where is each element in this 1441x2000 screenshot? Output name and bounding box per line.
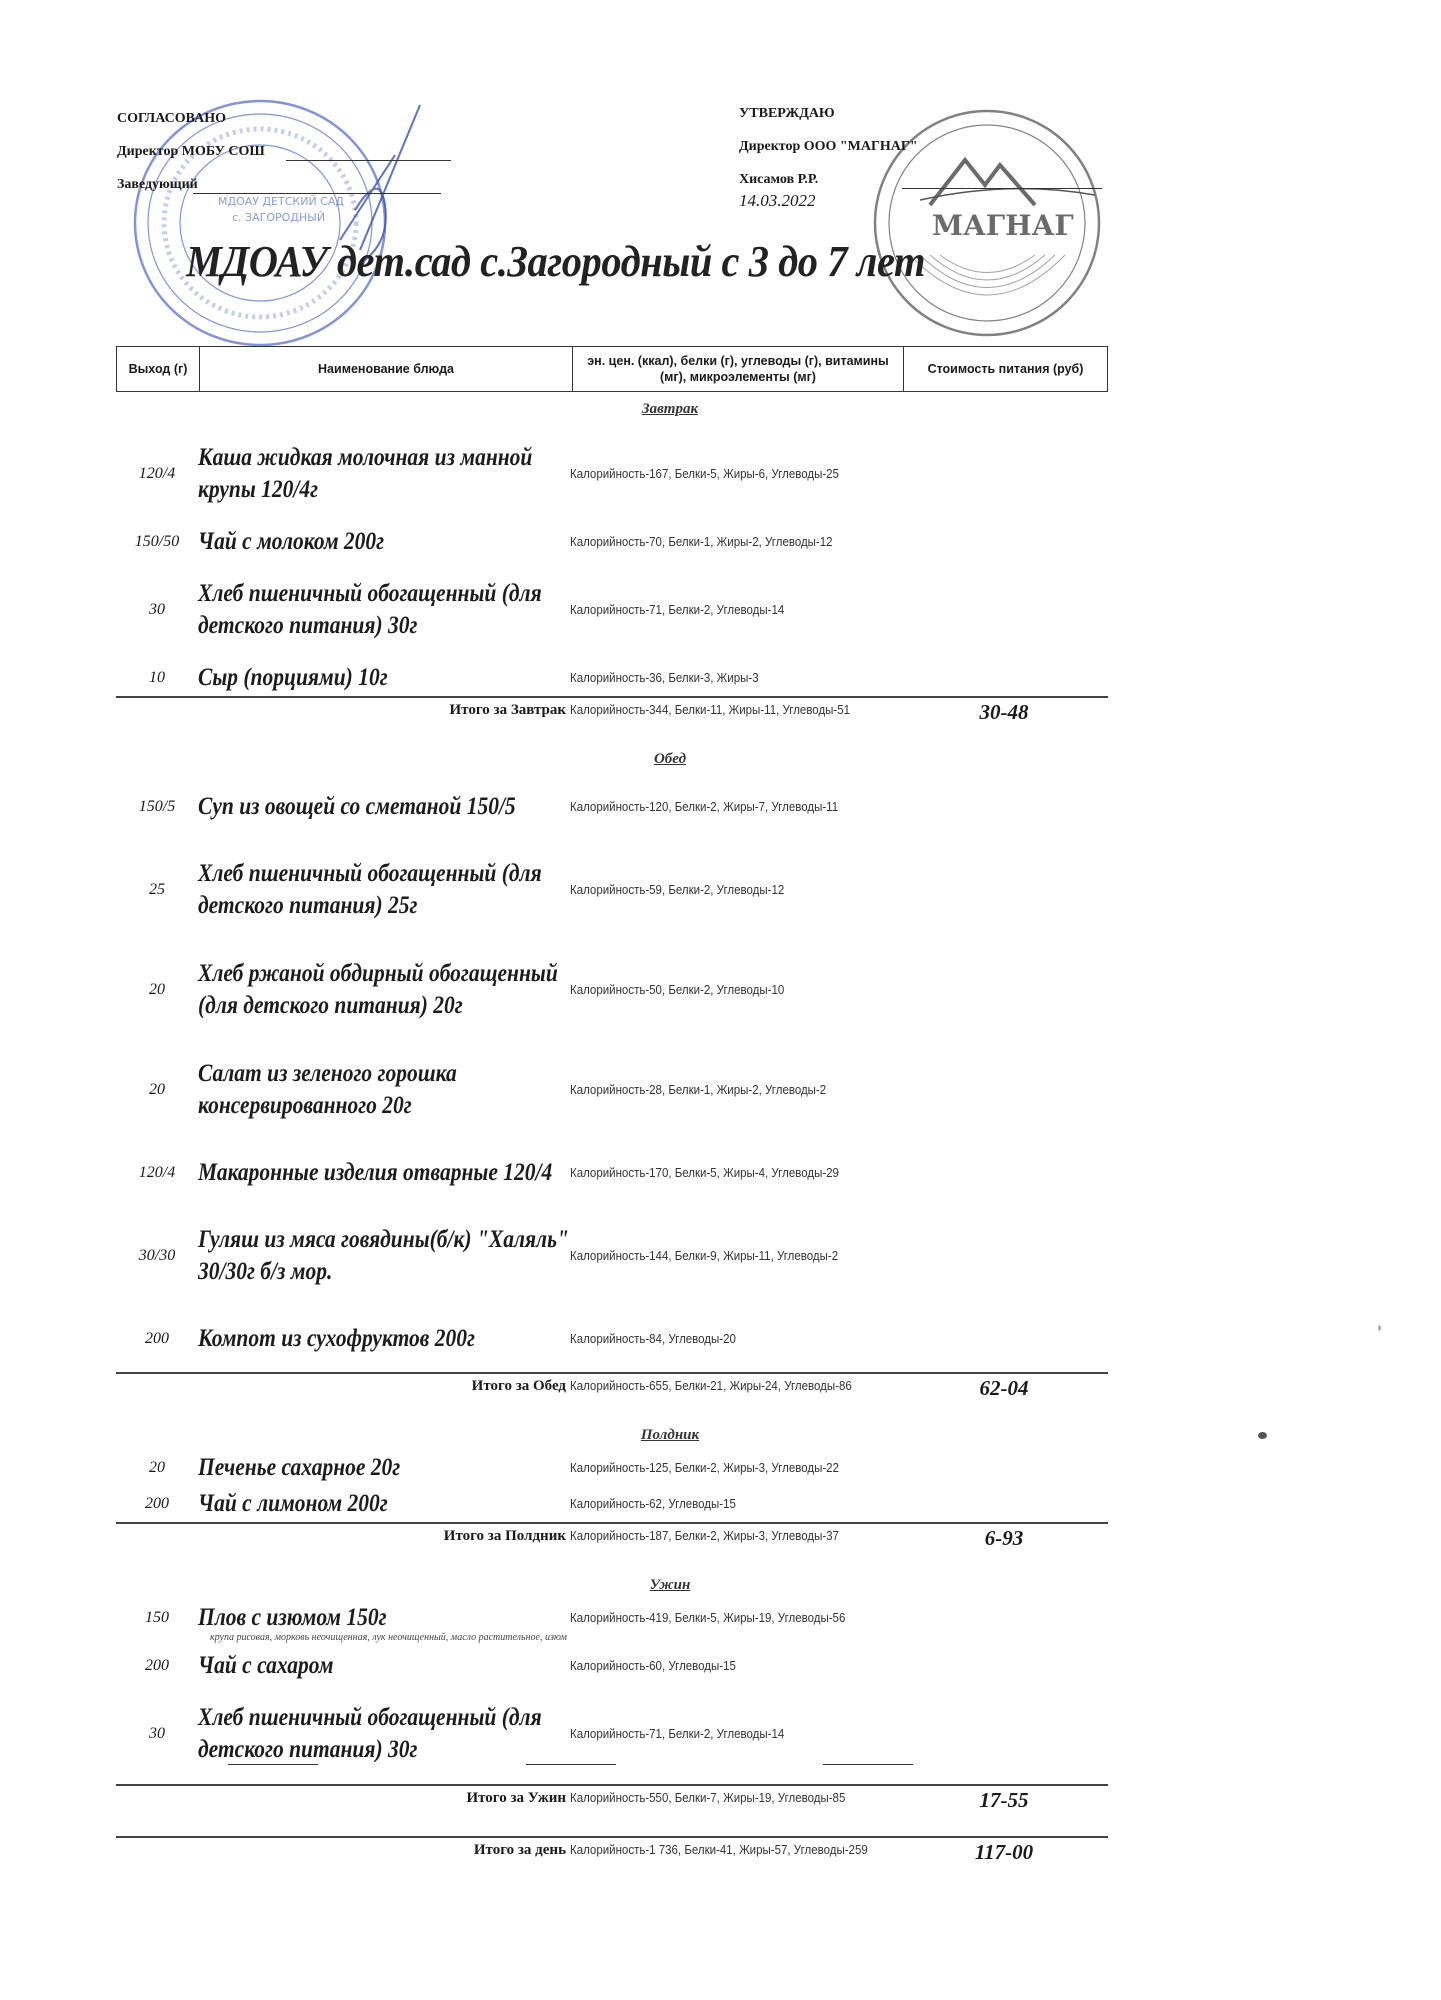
scan-speck (1258, 1432, 1267, 1439)
dish-name: Чай с сахаром (198, 1650, 570, 1682)
dish-yield: 150/5 (116, 798, 198, 816)
column-header: Наименование блюда (200, 347, 573, 391)
table-row: 200Компот из сухофруктов 200гКалорийност… (116, 1306, 1108, 1372)
meal-section-title: Ужин (116, 1574, 1108, 1596)
table-row: 30Хлеб пшеничный обогащенный (для детско… (116, 560, 1108, 660)
menu-table-body: Завтрак120/4Каша жидкая молочная из манн… (116, 394, 1108, 1864)
signature-line (228, 1764, 318, 1765)
dish-nutrition: Калорийность-125, Белки-2, Жиры-3, Углев… (570, 1458, 874, 1478)
day-total-nutrition: Калорийность-1 736, Белки-41, Жиры-57, У… (570, 1840, 874, 1860)
dish-nutrition: Калорийность-59, Белки-2, Углеводы-12 (570, 880, 874, 900)
dish-nutrition: Калорийность-419, Белки-5, Жиры-19, Угле… (570, 1608, 874, 1628)
head-label: Заведующий (117, 177, 198, 192)
approval-block-right: УТВЕРЖДАЮ Директор ООО "МАГНАГ" Хисамов … (739, 105, 1099, 225)
dish-yield: 10 (116, 669, 198, 687)
table-row: 10Сыр (порциями) 10гКалорийность-36, Бел… (116, 660, 1108, 696)
total-nutrition: Калорийность-344, Белки-11, Жиры-11, Угл… (570, 700, 874, 720)
table-row: 30/30Гуляш из мяса говядины(б/к) "Халяль… (116, 1206, 1108, 1306)
approval-date: 14.03.2022 (739, 192, 1099, 210)
meal-section-title: Завтрак (116, 398, 1108, 420)
dish-name: Хлеб пшеничный обогащенный (для детского… (198, 578, 570, 642)
table-row: 150/50Чай с молоком 200гКалорийность-70,… (116, 524, 1108, 560)
meal-total-row: Итого за ПолдникКалорийность-187, Белки-… (116, 1522, 1108, 1570)
dish-name: Хлеб пшеничный обогащенный (для детского… (198, 1702, 570, 1766)
dish-nutrition: Калорийность-120, Белки-2, Жиры-7, Углев… (570, 797, 874, 817)
dish-name: Печенье сахарное 20г (198, 1452, 570, 1484)
dish-nutrition: Калорийность-144, Белки-9, Жиры-11, Угле… (570, 1246, 874, 1266)
dish-nutrition: Калорийность-28, Белки-1, Жиры-2, Углево… (570, 1080, 874, 1100)
dish-nutrition: Калорийность-71, Белки-2, Углеводы-14 (570, 600, 874, 620)
dish-name: Сыр (порциями) 10г (198, 662, 570, 694)
document-title: МДОАУ дет.сад с.Загородный с 3 до 7 лет (186, 236, 925, 287)
dish-name: Чай с молоком 200г (198, 526, 570, 558)
dish-yield: 200 (116, 1330, 198, 1348)
day-total-cost: 117-00 (900, 1840, 1108, 1864)
meal-section-title: Обед (116, 748, 1108, 770)
dish-name: Плов с изюмом 150г (198, 1602, 570, 1634)
dish-nutrition: Калорийность-50, Белки-2, Углеводы-10 (570, 980, 874, 1000)
dish-yield: 150/50 (116, 533, 198, 551)
total-nutrition: Калорийность-550, Белки-7, Жиры-19, Угле… (570, 1788, 874, 1808)
table-row: 120/4Макаронные изделия отварные 120/4Ка… (116, 1140, 1108, 1206)
total-cost: 17-55 (900, 1788, 1108, 1812)
meal-total-row: Итого за ОбедКалорийность-655, Белки-21,… (116, 1372, 1108, 1420)
table-row: 20Салат из зеленого горошка консервирова… (116, 1040, 1108, 1140)
scan-speck (1378, 1325, 1381, 1331)
dish-name: Хлеб пшеничный обогащенный (для детского… (198, 858, 570, 922)
signature-line (823, 1764, 913, 1765)
dish-nutrition: Калорийность-84, Углеводы-20 (570, 1329, 874, 1349)
signature-line (286, 160, 451, 161)
dish-nutrition: Калорийность-60, Углеводы-15 (570, 1656, 874, 1676)
approved-label: СОГЛАСОВАНО (117, 110, 497, 128)
signature-line (193, 193, 441, 194)
director-name: Хисамов Р.Р. (739, 172, 818, 187)
approve-label: УТВЕРЖДАЮ (739, 105, 1099, 123)
signature-line (902, 188, 1102, 189)
dish-nutrition: Калорийность-70, Белки-1, Жиры-2, Углево… (570, 532, 874, 552)
dish-yield: 120/4 (116, 465, 198, 483)
dish-yield: 200 (116, 1495, 198, 1513)
column-header: Стоимость питания (руб) (904, 347, 1107, 391)
total-label: Итого за Полдник (116, 1526, 570, 1546)
approval-block-left: СОГЛАСОВАНО Директор МОБУ СОШ Заведующий (117, 110, 497, 209)
dish-name: Хлеб ржаной обдирный обогащенный (для де… (198, 958, 570, 1022)
total-label: Итого за Завтрак (116, 700, 570, 720)
dish-ingredients: крупа рисовая, морковь неочищенная, лук … (116, 1632, 1108, 1648)
dish-name: Чай с лимоном 200г (198, 1488, 570, 1520)
table-row: 20Печенье сахарное 20гКалорийность-125, … (116, 1450, 1108, 1486)
dish-name: Каша жидкая молочная из манной крупы 120… (198, 442, 570, 506)
total-cost: 30-48 (900, 700, 1108, 724)
dish-name: Гуляш из мяса говядины(б/к) "Халяль" 30/… (198, 1224, 570, 1288)
table-row: 25Хлеб пшеничный обогащенный (для детско… (116, 840, 1108, 940)
day-total-label: Итого за день (116, 1840, 570, 1860)
day-total-row: Итого за деньКалорийность-1 736, Белки-4… (116, 1836, 1108, 1864)
dish-yield: 200 (116, 1657, 198, 1675)
dish-yield: 120/4 (116, 1164, 198, 1182)
column-header: Выход (г) (117, 347, 200, 391)
dish-nutrition: Калорийность-167, Белки-5, Жиры-6, Углев… (570, 464, 874, 484)
menu-document-page: МДОАУ ДЕТСКИЙ САД с. ЗАГОРОДНЫЙ МАГНАГ С… (0, 0, 1441, 2000)
table-row: 200Чай с лимоном 200гКалорийность-62, Уг… (116, 1486, 1108, 1522)
signature-line (526, 1764, 616, 1765)
dish-yield: 25 (116, 881, 198, 899)
director-label: Директор МОБУ СОШ (117, 144, 265, 159)
dish-yield: 30/30 (116, 1247, 198, 1265)
meal-total-row: Итого за ЗавтракКалорийность-344, Белки-… (116, 696, 1108, 744)
total-nutrition: Калорийность-655, Белки-21, Жиры-24, Угл… (570, 1376, 874, 1396)
dish-yield: 30 (116, 601, 198, 619)
table-header: Выход (г) Наименование блюда эн. цен. (к… (116, 346, 1108, 392)
dish-yield: 30 (116, 1725, 198, 1743)
meal-section-title: Полдник (116, 1424, 1108, 1446)
table-row: 200Чай с сахаромКалорийность-60, Углевод… (116, 1648, 1108, 1684)
dish-name: Макаронные изделия отварные 120/4 (198, 1157, 570, 1189)
table-row: 30Хлеб пшеничный обогащенный (для детско… (116, 1684, 1108, 1784)
table-row: 120/4Каша жидкая молочная из манной круп… (116, 424, 1108, 524)
company-director-label: Директор ООО "МАГНАГ" (739, 138, 1099, 156)
total-cost: 62-04 (900, 1376, 1108, 1400)
meal-total-row: Итого за УжинКалорийность-550, Белки-7, … (116, 1784, 1108, 1832)
table-row: 150Плов с изюмом 150гКалорийность-419, Б… (116, 1600, 1108, 1636)
dish-yield: 20 (116, 1459, 198, 1477)
dish-name: Салат из зеленого горошка консервированн… (198, 1058, 570, 1122)
column-header: эн. цен. (ккал), белки (г), углеводы (г)… (573, 347, 904, 391)
dish-yield: 20 (116, 1081, 198, 1099)
total-label: Итого за Ужин (116, 1788, 570, 1808)
table-row: 20Хлеб ржаной обдирный обогащенный (для … (116, 940, 1108, 1040)
dish-yield: 20 (116, 981, 198, 999)
dish-yield: 150 (116, 1609, 198, 1627)
dish-name: Суп из овощей со сметаной 150/5 (198, 791, 570, 823)
total-label: Итого за Обед (116, 1376, 570, 1396)
stamp-text: с. ЗАГОРОДНЫЙ (232, 211, 325, 224)
dish-nutrition: Калорийность-71, Белки-2, Углеводы-14 (570, 1724, 874, 1744)
total-cost: 6-93 (900, 1526, 1108, 1550)
total-nutrition: Калорийность-187, Белки-2, Жиры-3, Углев… (570, 1526, 874, 1546)
dish-nutrition: Калорийность-170, Белки-5, Жиры-4, Углев… (570, 1163, 874, 1183)
dish-nutrition: Калорийность-36, Белки-3, Жиры-3 (570, 668, 874, 688)
table-row: 150/5Суп из овощей со сметаной 150/5Кало… (116, 774, 1108, 840)
dish-name: Компот из сухофруктов 200г (198, 1323, 570, 1355)
dish-nutrition: Калорийность-62, Углеводы-15 (570, 1494, 874, 1514)
